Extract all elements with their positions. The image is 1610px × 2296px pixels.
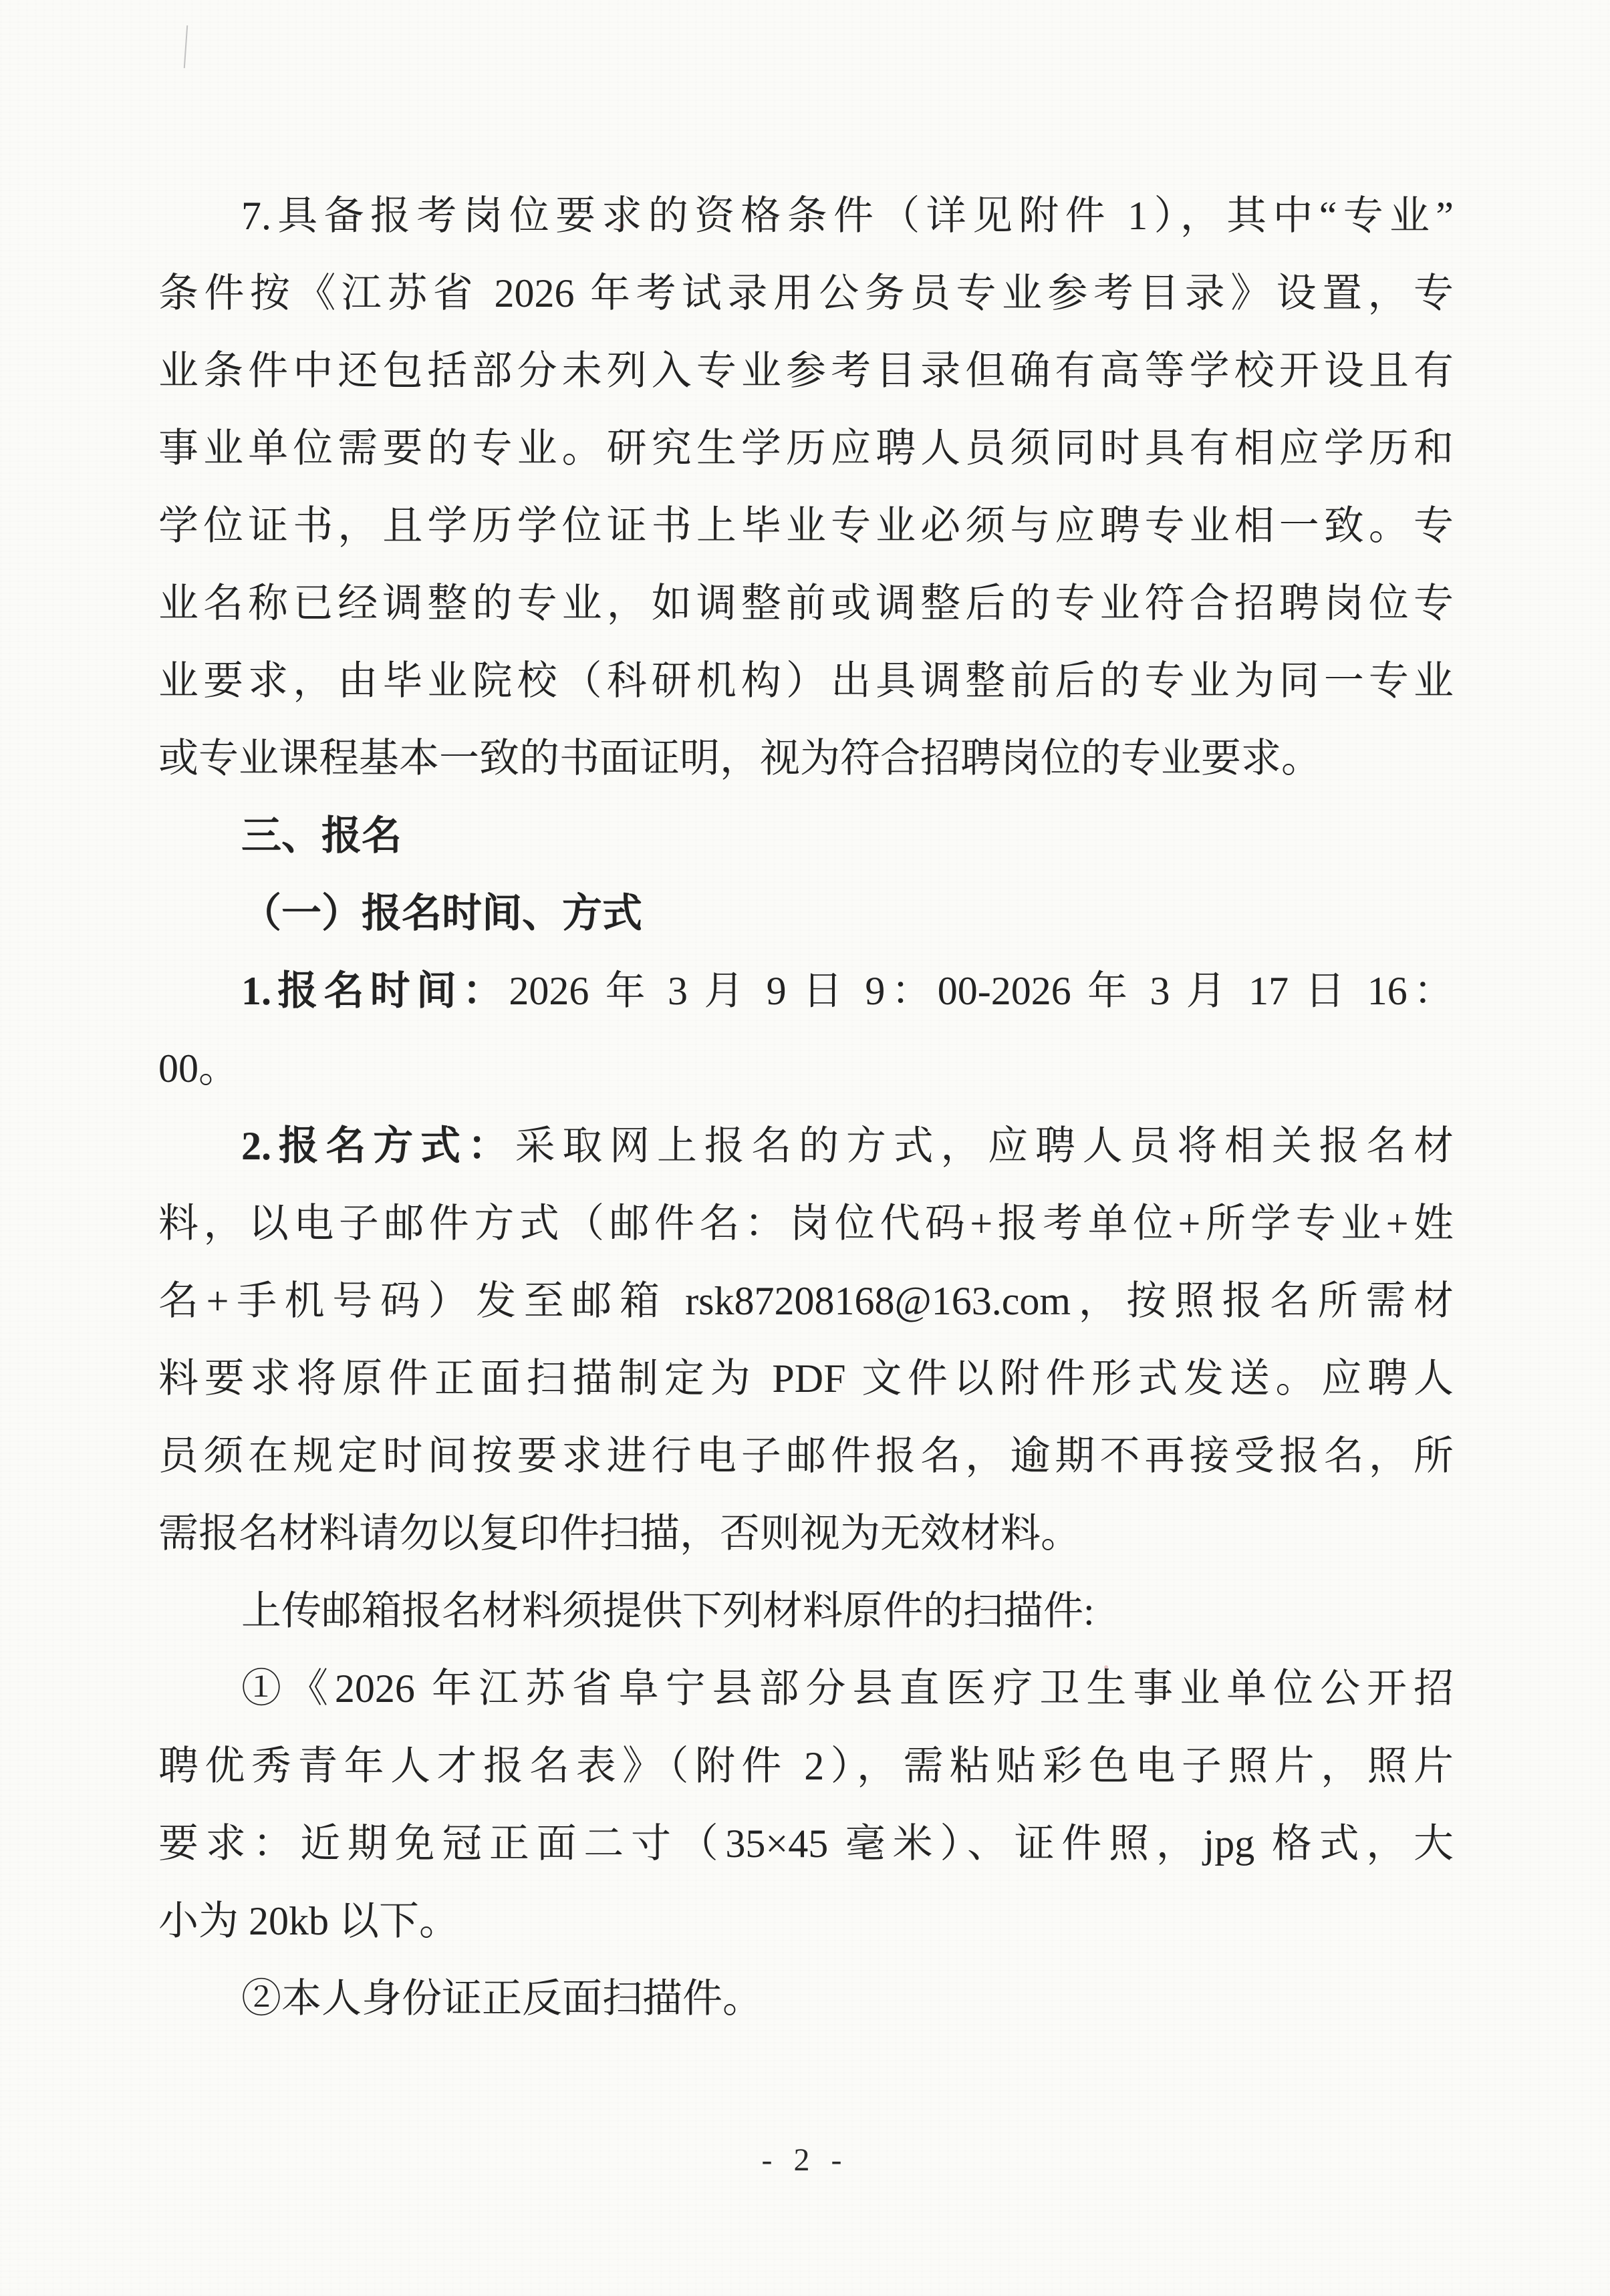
paragraph-line: 聘优秀青年人才报名表》（附件 2），需粘贴彩色电子照片，照片 (158, 1727, 1454, 1805)
line-text: 名+手机号码）发至邮箱 rsk87208168@163.com，按照报名所需材 (158, 1279, 1454, 1323)
line-text: 条件按《江苏省 2026 年考试录用公务员专业参考目录》设置，专 (158, 271, 1454, 315)
paragraph-line: 学位证书，且学历学位证书上毕业专业必须与应聘专业相一致。专 (158, 487, 1454, 565)
paragraph-line: 要求：近期免冠正面二寸（35×45 毫米）、证件照，jpg 格式，大 (158, 1805, 1454, 1882)
line-text: 业名称已经调整的专业，如调整前或调整后的专业符合招聘岗位专 (158, 581, 1454, 625)
line-bold-prefix: 1.报名时间： (241, 969, 509, 1013)
line-text: 2026 年 3 月 9 日 9：00-2026 年 3 月 17 日 16： (509, 969, 1454, 1013)
line-text: 料要求将原件正面扫描制定为 PDF 文件以附件形式发送。应聘人 (158, 1356, 1454, 1401)
line-text: ②本人身份证正反面扫描件。 (241, 1977, 763, 2021)
line-text: 或专业课程基本一致的书面证明，视为符合招聘岗位的专业要求。 (158, 736, 1321, 780)
paragraph-line: ①《2026 年江苏省阜宁县部分县直医疗卫生事业单位公开招 (158, 1650, 1454, 1727)
paragraph-line: 名+手机号码）发至邮箱 rsk87208168@163.com，按照报名所需材 (158, 1262, 1454, 1340)
document-page: 7.具备报考岗位要求的资格条件（详见附件 1），其中“专业” 条件按《江苏省 2… (0, 0, 1610, 2296)
heading-text: （一）报名时间、方式 (241, 891, 642, 936)
line-text: 业条件中还包括部分未列入专业参考目录但确有高等学校开设且有 (158, 349, 1454, 393)
paragraph-line: ②本人身份证正反面扫描件。 (158, 1960, 1454, 2037)
line-text: 事业单位需要的专业。研究生学历应聘人员须同时具有相应学历和 (158, 426, 1454, 470)
line-text: 学位证书，且学历学位证书上毕业专业必须与应聘专业相一致。专 (158, 504, 1454, 548)
paragraph-line: 料，以电子邮件方式（邮件名：岗位代码+报考单位+所学专业+姓 (158, 1185, 1454, 1262)
line-text: 00。 (158, 1046, 239, 1091)
paragraph-line: 业要求，由毕业院校（科研机构）出具调整前后的专业为同一专业 (158, 642, 1454, 720)
paragraph-line: 事业单位需要的专业。研究生学历应聘人员须同时具有相应学历和 (158, 410, 1454, 487)
paragraph-line: 员须在规定时间按要求进行电子邮件报名，逾期不再接受报名，所 (158, 1417, 1454, 1495)
line-text: 上传邮箱报名材料须提供下列材料原件的扫描件: (241, 1589, 1095, 1633)
line-bold-prefix: 2.报名方式： (241, 1124, 515, 1168)
paragraph-line: 业条件中还包括部分未列入专业参考目录但确有高等学校开设且有 (158, 332, 1454, 410)
line-text: 业要求，由毕业院校（科研机构）出具调整前后的专业为同一专业 (158, 659, 1454, 703)
line-text: 料，以电子邮件方式（邮件名：岗位代码+报考单位+所学专业+姓 (158, 1201, 1454, 1246)
paragraph-line: 或专业课程基本一致的书面证明，视为符合招聘岗位的专业要求。 (158, 720, 1454, 797)
line-text: 聘优秀青年人才报名表》（附件 2），需粘贴彩色电子照片，照片 (158, 1744, 1454, 1788)
paragraph-line: 需报名材料请勿以复印件扫描，否则视为无效材料。 (158, 1495, 1454, 1572)
line-text: 员须在规定时间按要求进行电子邮件报名，逾期不再接受报名，所 (158, 1434, 1454, 1478)
line-text: 7.具备报考岗位要求的资格条件（详见附件 1），其中“专业” (241, 194, 1454, 238)
paragraph-line: 条件按《江苏省 2026 年考试录用公务员专业参考目录》设置，专 (158, 255, 1454, 332)
paragraph-line: 2.报名方式：采取网上报名的方式，应聘人员将相关报名材 (158, 1107, 1454, 1185)
line-text: 要求：近期免冠正面二寸（35×45 毫米）、证件照，jpg 格式，大 (158, 1822, 1454, 1866)
paragraph-line: 小为 20kb 以下。 (158, 1882, 1454, 1960)
paragraph-line: 00。 (158, 1030, 1454, 1107)
section-heading: 三、报名 (158, 797, 1454, 875)
line-text: ①《2026 年江苏省阜宁县部分县直医疗卫生事业单位公开招 (241, 1667, 1454, 1711)
heading-text: 三、报名 (241, 814, 402, 858)
subsection-heading: （一）报名时间、方式 (158, 875, 1454, 952)
paragraph-line: 料要求将原件正面扫描制定为 PDF 文件以附件形式发送。应聘人 (158, 1340, 1454, 1417)
line-text: 需报名材料请勿以复印件扫描，否则视为无效材料。 (158, 1512, 1081, 1556)
line-text: 小为 20kb 以下。 (158, 1899, 459, 1943)
paragraph-line: 业名称已经调整的专业，如调整前或调整后的专业符合招聘岗位专 (158, 565, 1454, 642)
paragraph-line: 7.具备报考岗位要求的资格条件（详见附件 1），其中“专业” (158, 177, 1454, 255)
paragraph-line: 上传邮箱报名材料须提供下列材料原件的扫描件: (158, 1572, 1454, 1650)
document-body: 7.具备报考岗位要求的资格条件（详见附件 1），其中“专业” 条件按《江苏省 2… (158, 177, 1454, 2037)
scan-scratch (184, 25, 188, 68)
line-text: 采取网上报名的方式，应聘人员将相关报名材 (515, 1124, 1454, 1168)
page-number: - 2 - (0, 2142, 1610, 2178)
paragraph-line: 1.报名时间：2026 年 3 月 9 日 9：00-2026 年 3 月 17… (158, 952, 1454, 1030)
